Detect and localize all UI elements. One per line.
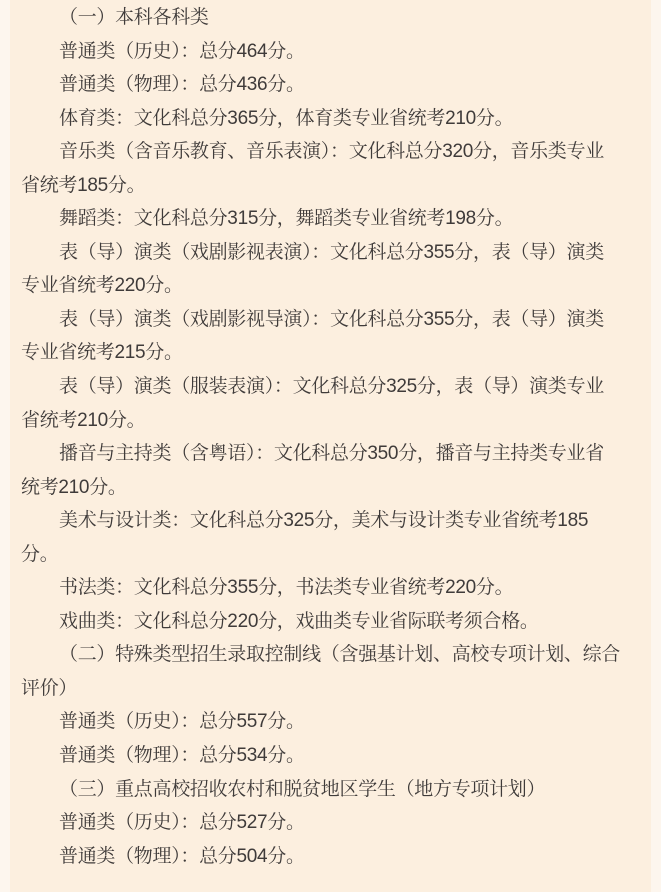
paragraph-section-1-heading: （一）本科各科类 — [21, 1, 640, 35]
paragraph-rural-physics: 普通类（物理）：总分504分。 — [21, 840, 640, 874]
text-line: 普通类（物理）：总分534分。 — [21, 739, 640, 773]
paragraph-section-2-heading: （二）特殊类型招生录取控制线（含强基计划、高校专项计划、综合 评价） — [21, 638, 640, 705]
text-line: （一）本科各科类 — [21, 1, 640, 35]
text-line: 省统考185分。 — [21, 169, 640, 203]
paragraph-broadcasting-hosting: 播音与主持类（含粤语）：文化科总分350分，播音与主持类专业省 统考210分。 — [21, 437, 640, 504]
article-card: （一）本科各科类 普通类（历史）：总分464分。 普通类（物理）：总分436分。… — [10, 0, 651, 892]
text-line: 体育类：文化科总分365分，体育类专业省统考210分。 — [21, 102, 640, 136]
text-line: 省统考210分。 — [21, 404, 640, 438]
text-line: 书法类：文化科总分355分，书法类专业省统考220分。 — [21, 571, 640, 605]
paragraph-section-3-heading: （三）重点高校招收农村和脱贫地区学生（地方专项计划） — [21, 773, 640, 807]
text-line: 表（导）演类（戏剧影视导演）：文化科总分355分，表（导）演类 — [21, 303, 640, 337]
paragraph-opera: 戏曲类：文化科总分220分，戏曲类专业省际联考须合格。 — [21, 605, 640, 639]
text-line: 普通类（历史）：总分527分。 — [21, 806, 640, 840]
text-line: 评价） — [21, 672, 640, 706]
paragraph-art-design: 美术与设计类：文化科总分325分，美术与设计类专业省统考185 分。 — [21, 504, 640, 571]
paragraph-sports: 体育类：文化科总分365分，体育类专业省统考210分。 — [21, 102, 640, 136]
paragraph-calligraphy: 书法类：文化科总分355分，书法类专业省统考220分。 — [21, 571, 640, 605]
paragraph-acting-fashion-show: 表（导）演类（服装表演）：文化科总分325分，表（导）演类专业 省统考210分。 — [21, 370, 640, 437]
paragraph-general-history: 普通类（历史）：总分464分。 — [21, 35, 640, 69]
text-line: 播音与主持类（含粤语）：文化科总分350分，播音与主持类专业省 — [21, 437, 640, 471]
text-line: 普通类（历史）：总分464分。 — [21, 35, 640, 69]
text-line: 表（导）演类（服装表演）：文化科总分325分，表（导）演类专业 — [21, 370, 640, 404]
text-line: 表（导）演类（戏剧影视表演）：文化科总分355分，表（导）演类 — [21, 236, 640, 270]
text-line: 音乐类（含音乐教育、音乐表演）：文化科总分320分，音乐类专业 — [21, 135, 640, 169]
text-line: 专业省统考215分。 — [21, 336, 640, 370]
text-line: 普通类（物理）：总分436分。 — [21, 68, 640, 102]
text-line: 普通类（历史）：总分557分。 — [21, 705, 640, 739]
text-line: （三）重点高校招收农村和脱贫地区学生（地方专项计划） — [21, 773, 640, 807]
text-line: 分。 — [21, 538, 640, 572]
paragraph-dance: 舞蹈类：文化科总分315分，舞蹈类专业省统考198分。 — [21, 202, 640, 236]
paragraph-special-physics: 普通类（物理）：总分534分。 — [21, 739, 640, 773]
paragraph-rural-history: 普通类（历史）：总分527分。 — [21, 806, 640, 840]
paragraph-acting-drama-directing: 表（导）演类（戏剧影视导演）：文化科总分355分，表（导）演类 专业省统考215… — [21, 303, 640, 370]
text-line: 专业省统考220分。 — [21, 269, 640, 303]
paragraph-music: 音乐类（含音乐教育、音乐表演）：文化科总分320分，音乐类专业 省统考185分。 — [21, 135, 640, 202]
page-background: （一）本科各科类 普通类（历史）：总分464分。 普通类（物理）：总分436分。… — [0, 0, 661, 892]
paragraph-general-physics: 普通类（物理）：总分436分。 — [21, 68, 640, 102]
text-line: （二）特殊类型招生录取控制线（含强基计划、高校专项计划、综合 — [21, 638, 640, 672]
paragraph-special-history: 普通类（历史）：总分557分。 — [21, 705, 640, 739]
text-line: 舞蹈类：文化科总分315分，舞蹈类专业省统考198分。 — [21, 202, 640, 236]
text-line: 美术与设计类：文化科总分325分，美术与设计类专业省统考185 — [21, 504, 640, 538]
text-line: 普通类（物理）：总分504分。 — [21, 840, 640, 874]
paragraph-acting-drama-performance: 表（导）演类（戏剧影视表演）：文化科总分355分，表（导）演类 专业省统考220… — [21, 236, 640, 303]
text-line: 统考210分。 — [21, 471, 640, 505]
text-line: 戏曲类：文化科总分220分，戏曲类专业省际联考须合格。 — [21, 605, 640, 639]
